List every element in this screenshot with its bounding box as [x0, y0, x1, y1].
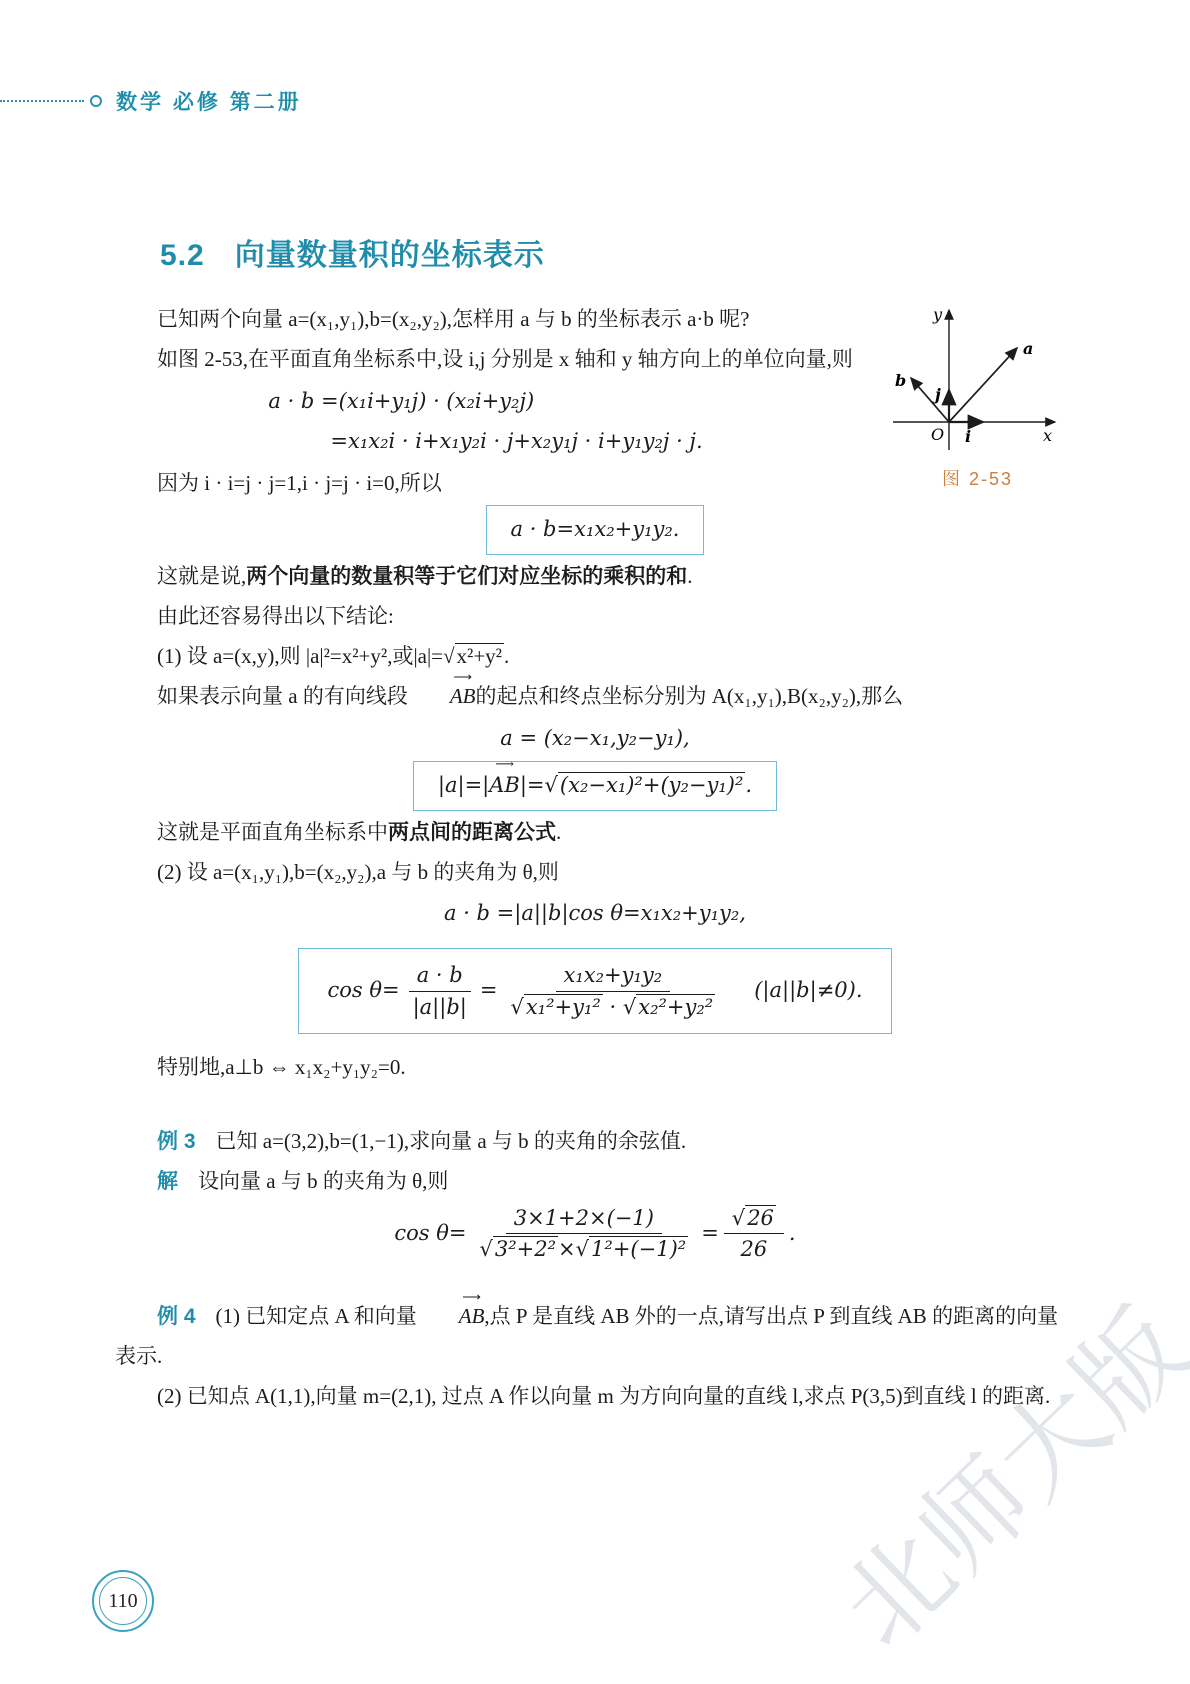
result1-suffix: . — [504, 644, 509, 668]
distance-note-prefix: 这就是平面直角坐标系中 — [157, 820, 388, 844]
paragraph-further: 由此还容易得出以下结论: — [115, 597, 1075, 637]
paragraph-result-2: (2) 设 a=(x₁,y₁),b=(x₂,y₂),a 与 b 的夹角为 θ,则 — [115, 853, 1075, 893]
figure-2-53: y x O i j a b 图 2-53 — [880, 300, 1075, 496]
paragraph-perpendicular: 特别地,a⊥b ⇔ x₁x₂+y₁y₂=0. — [115, 1048, 1075, 1088]
period: . — [789, 1214, 796, 1254]
example4-part1-prefix: (1) 已知定点 A 和向量 — [216, 1304, 417, 1328]
sqrt-expression: x₁²+y₁² — [510, 994, 602, 1019]
formula-box: |a|=|AB|=(x₂−x₁)²+(y₂−y₁)². — [413, 761, 777, 811]
cos-lead: cos θ= — [394, 1214, 466, 1254]
result1-prefix: (1) 设 a=(x,y),则 |a|²=x²+y²,或|a|= — [157, 644, 443, 668]
vector-a-arrow — [949, 348, 1017, 422]
equals-sign: = — [480, 971, 498, 1011]
b-label: b — [895, 371, 906, 390]
sqrt-expression: x₂²+y₂² — [623, 994, 715, 1019]
page-number-badge: 110 — [92, 1570, 154, 1632]
section-title: 5.2向量数量积的坐标表示 — [160, 230, 545, 274]
sqrt-expression: 1²+(−1)² — [576, 1236, 689, 1261]
equation-vector-components: a = (x₂−x₁,y₂−y₁), — [115, 719, 1075, 759]
distance-prefix: |a|=| — [438, 773, 489, 797]
fraction-result: 26 26 — [724, 1204, 784, 1264]
x-axis-label: x — [1043, 426, 1052, 445]
vector-AB-notation: AB — [408, 677, 476, 717]
example3-computation: cos θ= 3×1+2×(−1) 3²+2²×1²+(−1)² = 26 26… — [115, 1204, 1075, 1264]
fraction-computation: 3×1+2×(−1) 3²+2²×1²+(−1)² — [472, 1204, 697, 1264]
nonzero-condition: (|a||b|≠0). — [754, 971, 862, 1011]
paragraph-result-1: (1) 设 a=(x,y),则 |a|²=x²+y²,或|a|=x²+y². — [115, 637, 1075, 677]
equation-cos-theta-def: a · b =|a||b|cos θ=x₁x₂+y₁y₂, — [115, 894, 1075, 934]
distance-note-suffix: . — [556, 820, 561, 844]
equation-line-1: a · b =(x₁i+y₁j) · (x₂i+y₂j) — [268, 389, 534, 413]
section-number: 5.2 — [160, 239, 205, 272]
boxed-formula-distance: |a|=|AB|=(x₂−x₁)²+(y₂−y₁)². — [115, 761, 1075, 811]
section-title-text: 向量数量积的坐标表示 — [235, 239, 545, 272]
example3-solution: 解设向量 a 与 b 的夹角为 θ,则 — [115, 1162, 1075, 1202]
coordinate-diagram: y x O i j a b — [883, 300, 1073, 458]
cos-lead: cos θ= — [327, 971, 399, 1011]
equation-line-2: =x₁x₂i · i+x₁y₂i · j+x₂y₁j · i+y₁y₂j · j… — [268, 429, 702, 453]
figure-caption: 图 2-53 — [880, 462, 1075, 496]
example4-statement: 例 4(1) 已知定点 A 和向量AB,点 P 是直线 AB 外的一点,请写出点… — [115, 1297, 1075, 1377]
distance-note-bold: 两点间的距离公式 — [388, 820, 556, 844]
y-axis-label: y — [932, 305, 943, 324]
j-label: j — [932, 385, 941, 404]
sqrt-expression: 26 — [732, 1205, 776, 1230]
formula-box: cos θ= a · b |a||b| = x₁x₂+y₁y₂ x₁²+y₁² … — [298, 948, 891, 1034]
paragraph-segment-AB: 如果表示向量 a 的有向线段AB的起点和终点坐标分别为 A(x₁,y₁),B(x… — [115, 677, 1075, 717]
distance-mid: |= — [520, 773, 545, 797]
textbook-page: 数学 必修 第二册 5.2向量数量积的坐标表示 y x O — [0, 0, 1190, 1684]
boxed-formula-dot-product: a · b=x₁x₂+y₁y₂. — [115, 505, 1075, 555]
fraction-ab-over-magnitudes: a · b |a||b| — [405, 961, 475, 1021]
book-title: 数学 必修 第二册 — [116, 86, 302, 116]
distance-suffix: . — [745, 773, 752, 797]
header-dotted-rule — [0, 100, 84, 102]
equals-sign: = — [701, 1214, 719, 1254]
conclusion-suffix: . — [687, 564, 692, 588]
conclusion-bold: 两个向量的数量积等于它们对应坐标的乘积的和 — [246, 564, 687, 588]
conclusion-prefix: 这就是说, — [157, 564, 246, 588]
boxed-formula-cos-theta: cos θ= a · b |a||b| = x₁x₂+y₁y₂ x₁²+y₁² … — [115, 948, 1075, 1034]
segment-suffix: 的起点和终点坐标分别为 A(x₁,y₁),B(x₂,y₂),那么 — [475, 684, 903, 708]
example3-text: 已知 a=(3,2),b=(1,−1),求向量 a 与 b 的夹角的余弦值. — [216, 1129, 687, 1153]
paragraph-distance-formula: 这就是平面直角坐标系中两点间的距离公式. — [115, 813, 1075, 853]
a-label: a — [1023, 339, 1033, 358]
vector-AB-notation: AB — [417, 1297, 485, 1337]
solution-label: 解 — [157, 1170, 178, 1193]
example3-statement: 例 3已知 a=(3,2),b=(1,−1),求向量 a 与 b 的夹角的余弦值… — [115, 1122, 1075, 1162]
main-content: y x O i j a b 图 2-53 已知两个向量 a=(x₁,y₁),b=… — [115, 300, 1075, 1417]
example4-part2: (2) 已知点 A(1,1),向量 m=(2,1), 过点 A 作以向量 m 为… — [115, 1377, 1075, 1417]
vector-b-arrow — [911, 378, 949, 422]
times-sign: × — [558, 1237, 576, 1261]
vector-AB-notation: AB — [489, 766, 520, 806]
fraction-coordinates: x₁x₂+y₁y₂ x₁²+y₁² · x₂²+y₂² — [502, 961, 723, 1021]
origin-label: O — [931, 425, 944, 444]
sqrt-expression: (x₂−x₁)²+(y₂−y₁)² — [545, 772, 746, 797]
formula-box: a · b=x₁x₂+y₁y₂. — [486, 505, 705, 555]
i-label: i — [965, 427, 971, 446]
sqrt-expression: 3²+2² — [480, 1236, 559, 1261]
example3-label: 例 3 — [157, 1130, 196, 1153]
paragraph-conclusion: 这就是说,两个向量的数量积等于它们对应坐标的乘积的和. — [115, 557, 1075, 597]
example4-label: 例 4 — [157, 1305, 196, 1328]
header-ring-icon — [90, 95, 102, 107]
segment-prefix: 如果表示向量 a 的有向线段 — [157, 684, 408, 708]
page-number: 110 — [99, 1577, 147, 1625]
solution-text: 设向量 a 与 b 的夹角为 θ,则 — [198, 1169, 448, 1193]
